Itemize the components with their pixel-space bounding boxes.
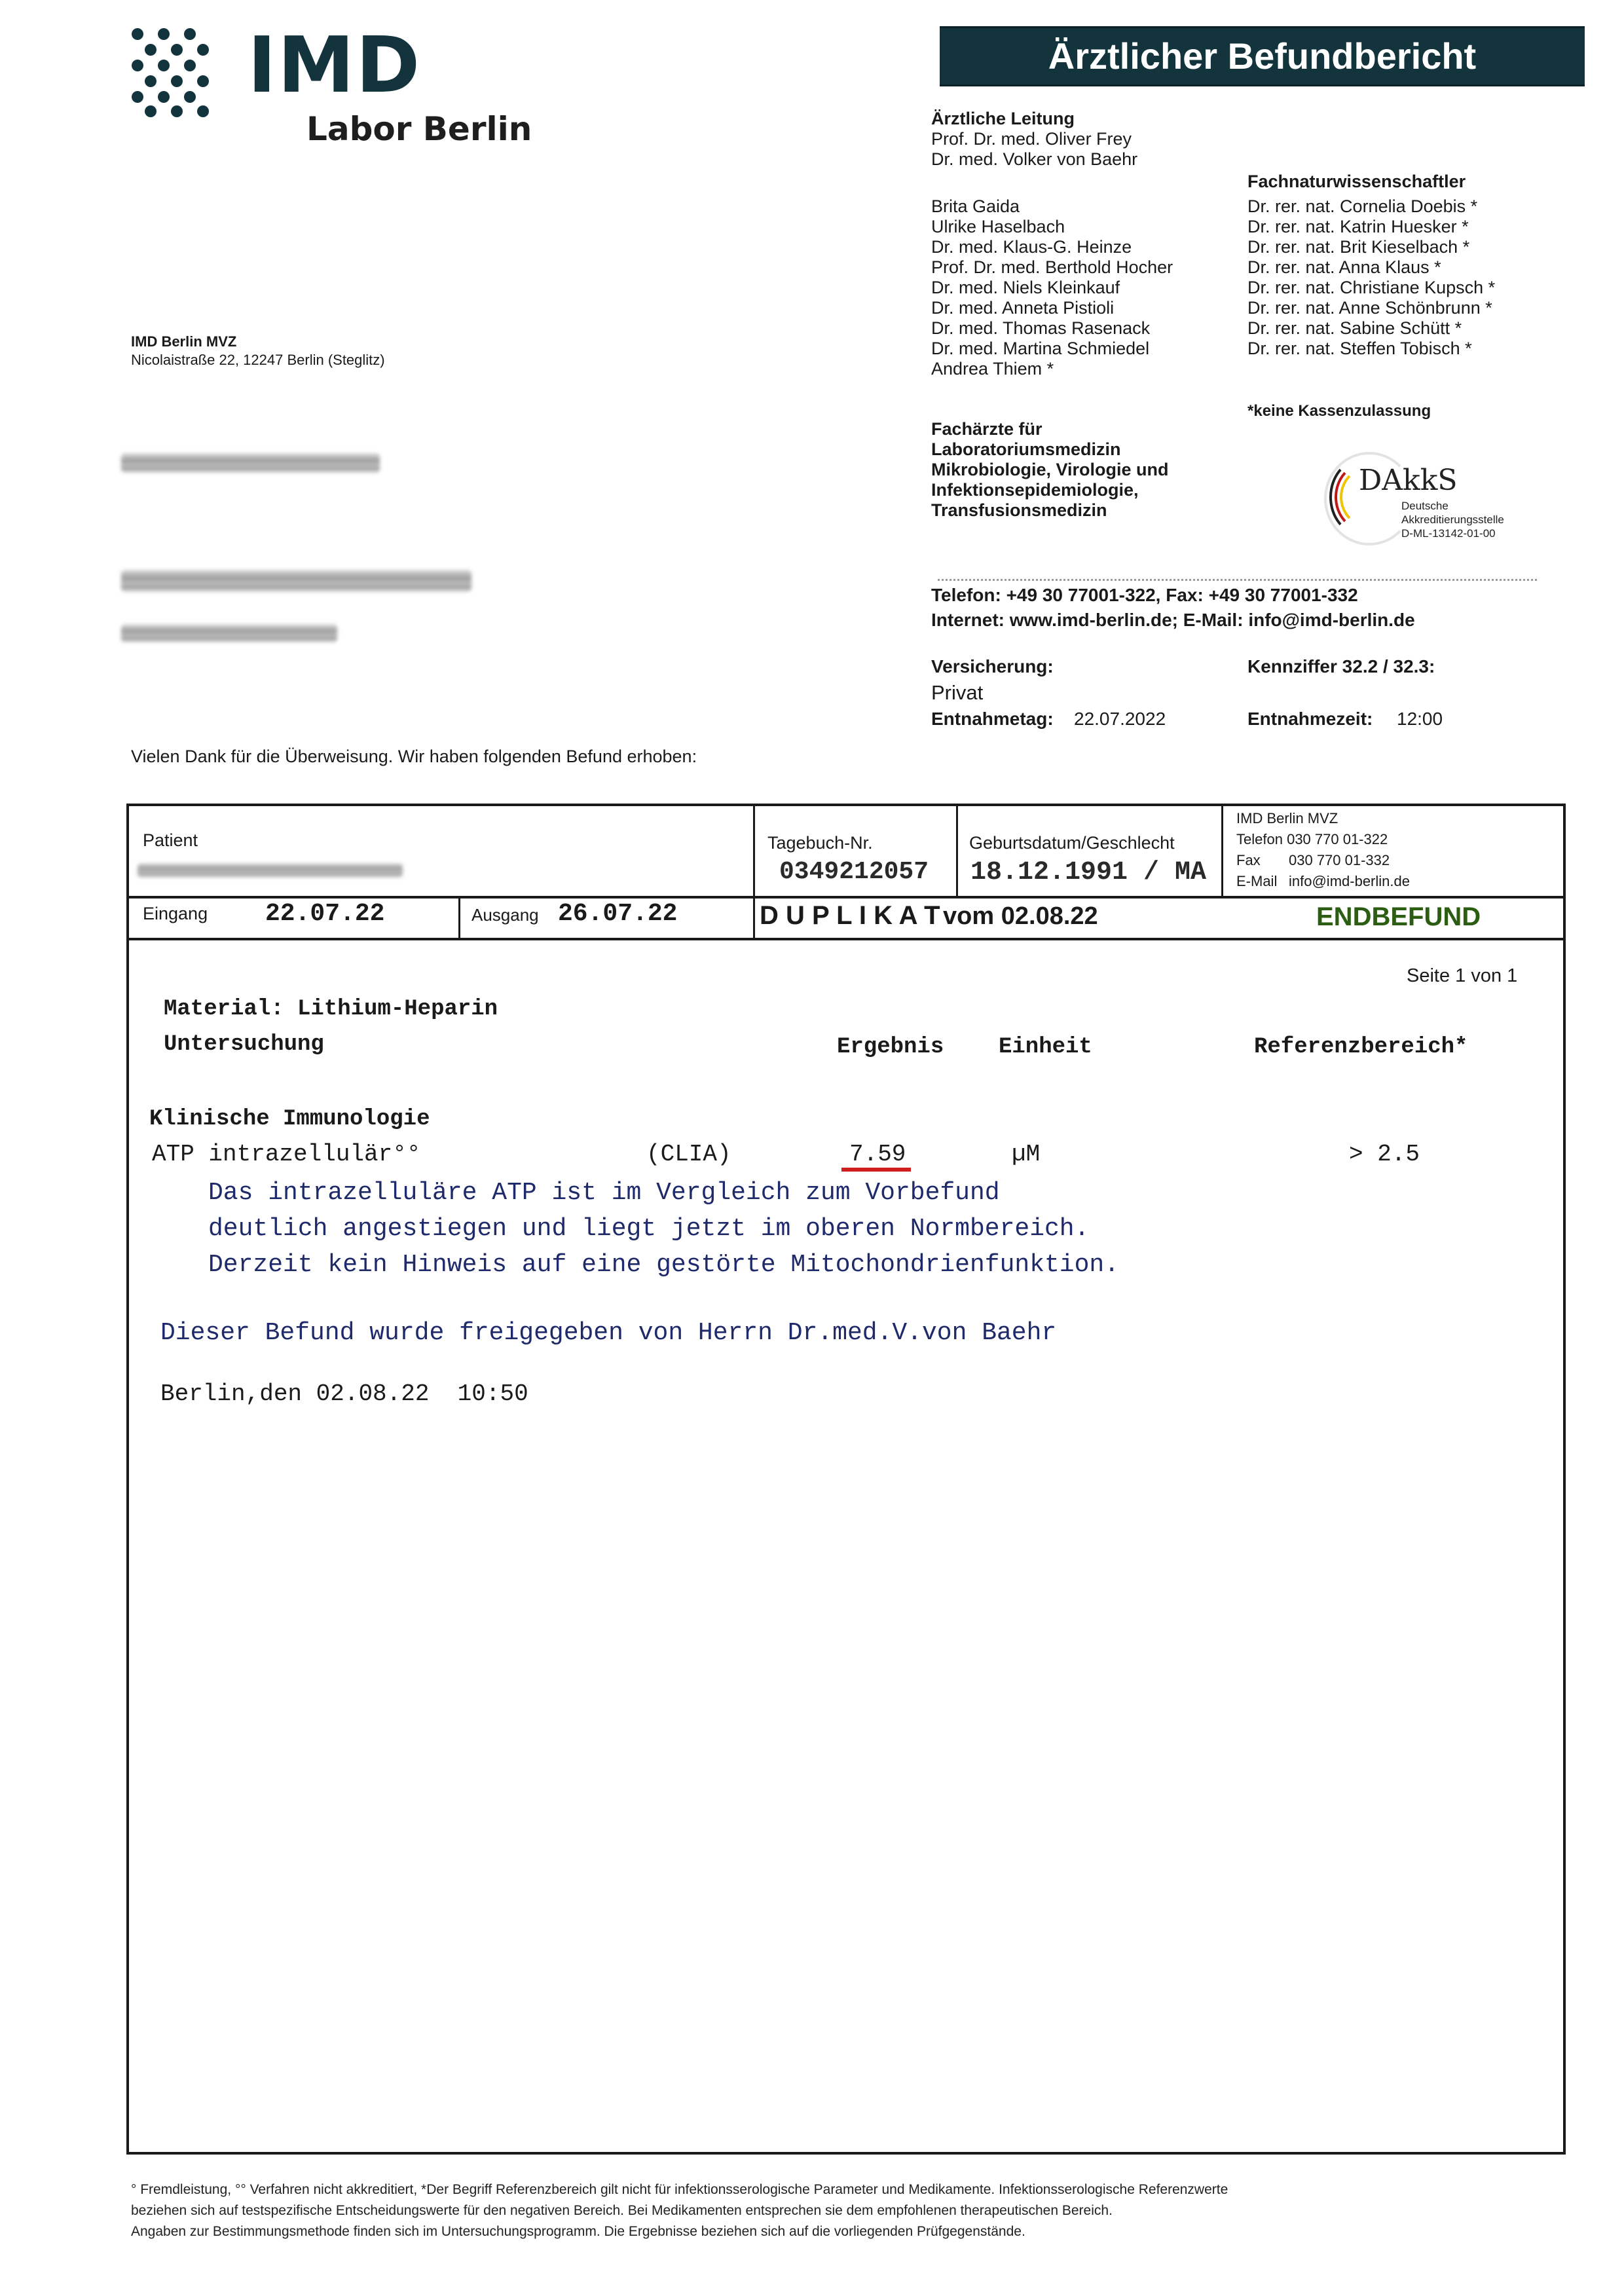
dob-label: Geburtsdatum/Geschlecht [969,833,1175,853]
physician-name: Dr. med. Niels Kleinkauf [931,278,1173,298]
dakks-line: D-ML-13142-01-00 [1401,527,1504,540]
dakks-accreditation-logo: DAkkS Deutsche Akkreditierungsstelle D-M… [1316,452,1539,544]
physician-name: Dr. med. Thomas Rasenack [931,318,1173,339]
duplicate-label: D U P L I K A T [760,901,940,930]
physicians-list: Brita Gaida Ulrike Haselbach Dr. med. Kl… [931,196,1173,379]
footnote-line: ° Fremdleistung, °° Verfahren nicht akkr… [131,2179,1572,2200]
sender-address: IMD Berlin MVZ Nicolaistraße 22, 12247 B… [131,333,385,369]
insurance-value: Privat [931,681,983,705]
director-name: Prof. Dr. med. Oliver Frey [931,129,1137,149]
comment-line: deutlich angestiegen und liegt jetzt im … [208,1211,1119,1247]
specialist-line: Transfusionsmedizin [931,500,1169,521]
column-header-test: Untersuchung [164,1032,324,1057]
medical-direction-heading: Ärztliche Leitung [931,109,1137,129]
scientist-name: Dr. rer. nat. Steffen Tobisch * [1247,339,1495,359]
physician-name: Dr. med. Martina Schmiedel [931,339,1173,359]
footnote-line: beziehen sich auf testspezifische Entsch… [131,2200,1572,2221]
scientist-name: Dr. rer. nat. Christiane Kupsch * [1247,278,1495,298]
scientists-heading: Fachnaturwissenschaftler [1247,172,1495,192]
col-divider [458,897,460,938]
sample-day-value: 22.07.2022 [1074,709,1166,730]
code-label: Kennziffer 32.2 / 32.3: [1247,656,1435,677]
footnotes: ° Fremdleistung, °° Verfahren nicht akkr… [131,2179,1572,2242]
intro-text: Vielen Dank für die Überweisung. Wir hab… [131,747,697,767]
physician-name: Brita Gaida [931,196,1173,217]
scientist-name: Dr. rer. nat. Anne Schönbrunn * [1247,298,1495,318]
specialist-line: Infektionsepidemiologie, [931,480,1169,500]
specialist-line: Fachärzte für [931,419,1169,439]
logo-brand: IMD [248,26,421,103]
redacted-recipient-street [121,570,471,592]
test-method: (CLIA) [646,1141,731,1168]
result-comment: Das intrazelluläre ATP ist im Vergleich … [208,1175,1119,1283]
journal-label: Tagebuch-Nr. [767,833,873,853]
physician-name: Dr. med. Anneta Pistioli [931,298,1173,318]
issued-label: Ausgang [471,905,539,925]
journal-number: 0349212057 [779,858,929,886]
col-divider [1221,804,1223,897]
received-date: 22.07.22 [265,900,384,928]
dakks-line: Akkreditierungsstelle [1401,513,1504,527]
col-divider [753,804,755,938]
scientist-name: Dr. rer. nat. Brit Kieselbach * [1247,237,1495,257]
col-divider [956,804,958,897]
test-name: ATP intrazellulär°° [152,1141,420,1168]
footnote-line: Angaben zur Bestimmungsmethode finden si… [131,2221,1572,2242]
contact-block: Telefon: +49 30 77001-322, Fax: +49 30 7… [931,583,1415,633]
scientist-name: Dr. rer. nat. Katrin Huesker * [1247,217,1495,237]
medical-direction: Ärztliche Leitung Prof. Dr. med. Oliver … [931,109,1137,170]
lab-phone-label: Telefon [1236,831,1283,847]
scientist-name: Dr. rer. nat. Anna Klaus * [1247,257,1495,278]
specialist-line: Laboratoriumsmedizin [931,439,1169,460]
sample-day-label: Entnahmetag: [931,709,1054,730]
insurance-label: Versicherung: [931,656,1054,677]
received-label: Eingang [143,904,208,924]
page-indicator: Seite 1 von 1 [1407,965,1517,987]
dakks-line: Deutsche [1401,499,1504,513]
redacted-recipient-name [121,453,380,473]
physician-name: Prof. Dr. med. Berthold Hocher [931,257,1173,278]
comment-line: Das intrazelluläre ATP ist im Vergleich … [208,1175,1119,1211]
lab-fax: 030 770 01-332 [1289,852,1390,868]
place-date: Berlin,den 02.08.22 10:50 [160,1380,528,1407]
comment-line: Derzeit kein Hinweis auf eine gestörte M… [208,1247,1119,1283]
duplicate-stamp: D U P L I K A T vom 02.08.22 [760,901,1098,931]
redacted-patient-name [138,863,403,878]
dob-gender-value: 18.12.1991 / MA [970,858,1206,887]
duplicate-date: vom 02.08.22 [943,902,1098,930]
dakks-subtext: Deutsche Akkreditierungsstelle D-ML-1314… [1401,499,1504,540]
status-badge: ENDBEFUND [1316,902,1481,932]
row-divider [126,938,1566,940]
logo-subtitle: Labor Berlin [306,113,532,145]
contact-phone-fax: Telefon: +49 30 77001-322, Fax: +49 30 7… [931,583,1415,608]
test-reference: > 2.5 [1349,1141,1420,1168]
lab-phone: 030 770 01-322 [1287,831,1388,847]
report-title-banner: Ärztlicher Befundbericht [940,26,1585,86]
test-result-value: 7.59 [841,1141,911,1172]
contact-web-email: Internet: www.imd-berlin.de; E-Mail: inf… [931,608,1415,633]
lab-email: info@imd-berlin.de [1289,873,1410,889]
sample-time-value: 12:00 [1397,709,1443,730]
scientist-name: Dr. rer. nat. Cornelia Doebis * [1247,196,1495,217]
column-header-result: Ergebnis [837,1035,944,1060]
scientists-list: Fachnaturwissenschaftler Dr. rer. nat. C… [1247,172,1495,359]
no-insurance-note: *keine Kassenzulassung [1247,402,1431,420]
lab-info: IMD Berlin MVZ Telefon 030 770 01-322 Fa… [1236,808,1410,892]
released-by: Dieser Befund wurde freigegeben von Herr… [160,1319,1056,1347]
test-unit: µM [1012,1141,1040,1168]
director-name: Dr. med. Volker von Baehr [931,149,1137,170]
column-header-reference: Referenzbereich* [1254,1035,1467,1060]
redacted-recipient-city [121,624,337,642]
sender-name: IMD Berlin MVZ [131,333,385,351]
physician-name: Ulrike Haselbach [931,217,1173,237]
scientist-name: Dr. rer. nat. Sabine Schütt * [1247,318,1495,339]
dakks-wordmark: DAkkS [1359,464,1458,497]
physician-name: Andrea Thiem * [931,359,1173,379]
specialists-block: Fachärzte für Laboratoriumsmedizin Mikro… [931,419,1169,521]
section-heading: Klinische Immunologie [149,1107,430,1132]
patient-label: Patient [143,830,198,851]
column-header-unit: Einheit [999,1035,1092,1060]
lab-fax-label: Fax [1236,850,1289,871]
material-line: Material: Lithium-Heparin [164,997,498,1022]
specialist-line: Mikrobiologie, Virologie und [931,460,1169,480]
issued-date: 26.07.22 [558,900,677,928]
divider [938,579,1537,581]
imd-logo-dots-icon [131,26,229,118]
lab-email-label: E-Mail [1236,871,1289,892]
lab-name: IMD Berlin MVZ [1236,808,1410,829]
sample-time-label: Entnahmezeit: [1247,709,1373,730]
sender-street: Nicolaistraße 22, 12247 Berlin (Steglitz… [131,351,385,369]
row-divider [126,896,1566,898]
physician-name: Dr. med. Klaus-G. Heinze [931,237,1173,257]
